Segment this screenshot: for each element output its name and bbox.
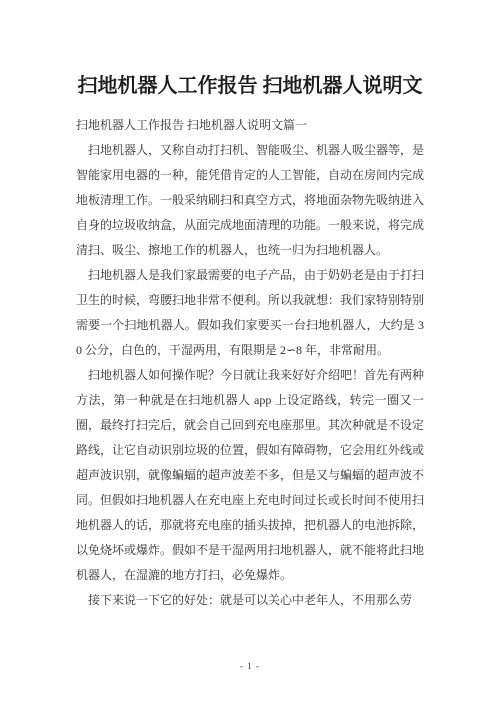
document-page: 扫地机器人工作报告 扫地机器人说明文 扫地机器人工作报告 扫地机器人说明文篇一 … [0, 0, 500, 707]
paragraph-operation: 扫地机器人如何操作呢？今日就让我来好好介绍吧！首先有两种方法，第一种就是在扫地机… [76, 363, 424, 588]
document-title: 扫地机器人工作报告 扫地机器人说明文 [30, 72, 470, 100]
page-number: - 1 - [0, 661, 500, 671]
paragraph-need: 扫地机器人是我们家最需要的电子产品，由于奶奶老是由于打扫卫生的时候，弯腰扫地非常… [76, 263, 424, 363]
paragraph-intro: 扫地机器人，又称自动打扫机、智能吸尘、机器人吸尘器等，是智能家用电器的一种，能凭… [76, 138, 424, 263]
document-subtitle: 扫地机器人工作报告 扫地机器人说明文篇一 [76, 113, 424, 138]
document-body: 扫地机器人工作报告 扫地机器人说明文篇一 扫地机器人，又称自动打扫机、智能吸尘、… [76, 113, 424, 613]
paragraph-benefits: 接下来说一下它的好处：就是可以关心中老年人，不用那么劳 [76, 588, 424, 613]
